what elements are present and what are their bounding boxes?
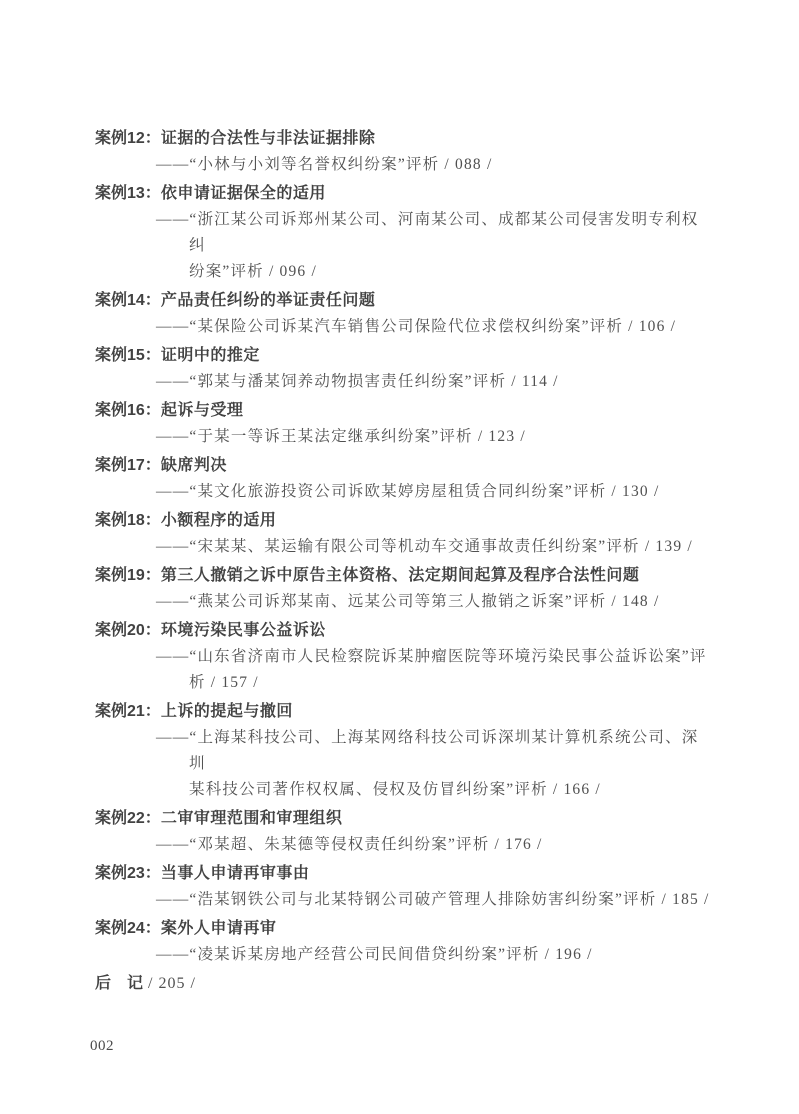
- toc-entry: 案例16： 起诉与受理 ——“于某一等诉王某法定继承纠纷案”评析 / 123 /: [95, 398, 713, 450]
- case-title: 证据的合法性与非法证据排除: [161, 126, 713, 152]
- case-number-label: 案例13：: [95, 181, 161, 207]
- case-annotation: ——“某保险公司诉某汽车销售公司保险代位求偿权纠纷案”评析 / 106 /: [156, 314, 713, 340]
- toc-entry: 案例20： 环境污染民事公益诉讼 ——“山东省济南市人民检察院诉某肿瘤医院等环境…: [95, 618, 713, 696]
- case-annotation: ——“于某一等诉王某法定继承纠纷案”评析 / 123 /: [156, 424, 713, 450]
- table-of-contents: 案例12： 证据的合法性与非法证据排除 ——“小林与小刘等名誉权纠纷案”评析 /…: [95, 126, 713, 997]
- toc-entry: 案例17： 缺席判决 ——“某文化旅游投资公司诉欧某婷房屋租赁合同纠纷案”评析 …: [95, 453, 713, 505]
- toc-entry: 案例24： 案外人申请再审 ——“凌某诉某房地产经营公司民间借贷纠纷案”评析 /…: [95, 916, 713, 968]
- case-title: 环境污染民事公益诉讼: [161, 618, 713, 644]
- case-annotation: ——“宋某某、某运输有限公司等机动车交通事故责任纠纷案”评析 / 139 /: [156, 534, 713, 560]
- case-heading: 案例20： 环境污染民事公益诉讼: [95, 618, 713, 644]
- case-number-label: 案例19：: [95, 563, 161, 589]
- toc-entry: 案例21： 上诉的提起与撤回 ——“上海某科技公司、上海某网络科技公司诉深圳某计…: [95, 699, 713, 803]
- case-heading: 案例22： 二审审理范围和审理组织: [95, 806, 713, 832]
- postscript-page-ref: / 205 /: [143, 975, 196, 992]
- toc-entry: 案例15： 证明中的推定 ——“郭某与潘某饲养动物损害责任纠纷案”评析 / 11…: [95, 343, 713, 395]
- case-annotation: ——“邓某超、朱某德等侵权责任纠纷案”评析 / 176 /: [156, 832, 713, 858]
- case-title: 证明中的推定: [161, 343, 713, 369]
- case-annotation: ——“凌某诉某房地产经营公司民间借贷纠纷案”评析 / 196 /: [156, 942, 713, 968]
- case-annotation: ——“郭某与潘某饲养动物损害责任纠纷案”评析 / 114 /: [156, 369, 713, 395]
- case-annotation: ——“小林与小刘等名誉权纠纷案”评析 / 088 /: [156, 152, 713, 178]
- case-heading: 案例14： 产品责任纠纷的举证责任问题: [95, 288, 713, 314]
- case-heading: 案例21： 上诉的提起与撤回: [95, 699, 713, 725]
- case-heading: 案例13： 依申请证据保全的适用: [95, 181, 713, 207]
- case-heading: 案例15： 证明中的推定: [95, 343, 713, 369]
- case-heading: 案例12： 证据的合法性与非法证据排除: [95, 126, 713, 152]
- case-title: 当事人申请再审事由: [161, 861, 713, 887]
- case-number-label: 案例15：: [95, 343, 161, 369]
- toc-entry: 案例23： 当事人申请再审事由 ——“浩某钢铁公司与北某特钢公司破产管理人排除妨…: [95, 861, 713, 913]
- case-number-label: 案例18：: [95, 508, 161, 534]
- case-annotation: ——“上海某科技公司、上海某网络科技公司诉深圳某计算机系统公司、深圳 某科技公司…: [156, 725, 713, 803]
- toc-entry: 案例19： 第三人撤销之诉中原告主体资格、法定期间起算及程序合法性问题 ——“燕…: [95, 563, 713, 615]
- case-annotation: ——“浙江某公司诉郑州某公司、河南某公司、成都某公司侵害发明专利权纠 纷案”评析…: [156, 207, 713, 285]
- case-number-label: 案例24：: [95, 916, 161, 942]
- case-heading: 案例16： 起诉与受理: [95, 398, 713, 424]
- case-title: 小额程序的适用: [161, 508, 713, 534]
- case-title: 案外人申请再审: [161, 916, 713, 942]
- postscript-entry: 后 记 / 205 /: [95, 971, 713, 997]
- case-number-label: 案例20：: [95, 618, 161, 644]
- case-number-label: 案例22：: [95, 806, 161, 832]
- case-heading: 案例19： 第三人撤销之诉中原告主体资格、法定期间起算及程序合法性问题: [95, 563, 713, 589]
- toc-entry: 案例18： 小额程序的适用 ——“宋某某、某运输有限公司等机动车交通事故责任纠纷…: [95, 508, 713, 560]
- case-heading: 案例24： 案外人申请再审: [95, 916, 713, 942]
- postscript-label: 后 记: [95, 975, 143, 992]
- case-title: 产品责任纠纷的举证责任问题: [161, 288, 713, 314]
- toc-entry: 案例13： 依申请证据保全的适用 ——“浙江某公司诉郑州某公司、河南某公司、成都…: [95, 181, 713, 285]
- case-number-label: 案例12：: [95, 126, 161, 152]
- case-title: 起诉与受理: [161, 398, 713, 424]
- case-number-label: 案例16：: [95, 398, 161, 424]
- toc-entry: 案例22： 二审审理范围和审理组织 ——“邓某超、朱某德等侵权责任纠纷案”评析 …: [95, 806, 713, 858]
- case-annotation: ——“浩某钢铁公司与北某特钢公司破产管理人排除妨害纠纷案”评析 / 185 /: [156, 887, 713, 913]
- case-number-label: 案例23：: [95, 861, 161, 887]
- case-title: 依申请证据保全的适用: [161, 181, 713, 207]
- case-title: 二审审理范围和审理组织: [161, 806, 713, 832]
- case-title: 上诉的提起与撤回: [161, 699, 713, 725]
- case-annotation: ——“某文化旅游投资公司诉欧某婷房屋租赁合同纠纷案”评析 / 130 /: [156, 479, 713, 505]
- page-number-footer: 002: [90, 1038, 114, 1054]
- toc-entry: 案例12： 证据的合法性与非法证据排除 ——“小林与小刘等名誉权纠纷案”评析 /…: [95, 126, 713, 178]
- case-heading: 案例17： 缺席判决: [95, 453, 713, 479]
- case-number-label: 案例17：: [95, 453, 161, 479]
- case-heading: 案例18： 小额程序的适用: [95, 508, 713, 534]
- case-annotation: ——“燕某公司诉郑某南、远某公司等第三人撤销之诉案”评析 / 148 /: [156, 589, 713, 615]
- case-number-label: 案例14：: [95, 288, 161, 314]
- case-title: 第三人撤销之诉中原告主体资格、法定期间起算及程序合法性问题: [161, 563, 713, 589]
- toc-entry: 案例14： 产品责任纠纷的举证责任问题 ——“某保险公司诉某汽车销售公司保险代位…: [95, 288, 713, 340]
- case-heading: 案例23： 当事人申请再审事由: [95, 861, 713, 887]
- case-annotation: ——“山东省济南市人民检察院诉某肿瘤医院等环境污染民事公益诉讼案”评 析 / 1…: [156, 644, 713, 696]
- case-number-label: 案例21：: [95, 699, 161, 725]
- case-title: 缺席判决: [161, 453, 713, 479]
